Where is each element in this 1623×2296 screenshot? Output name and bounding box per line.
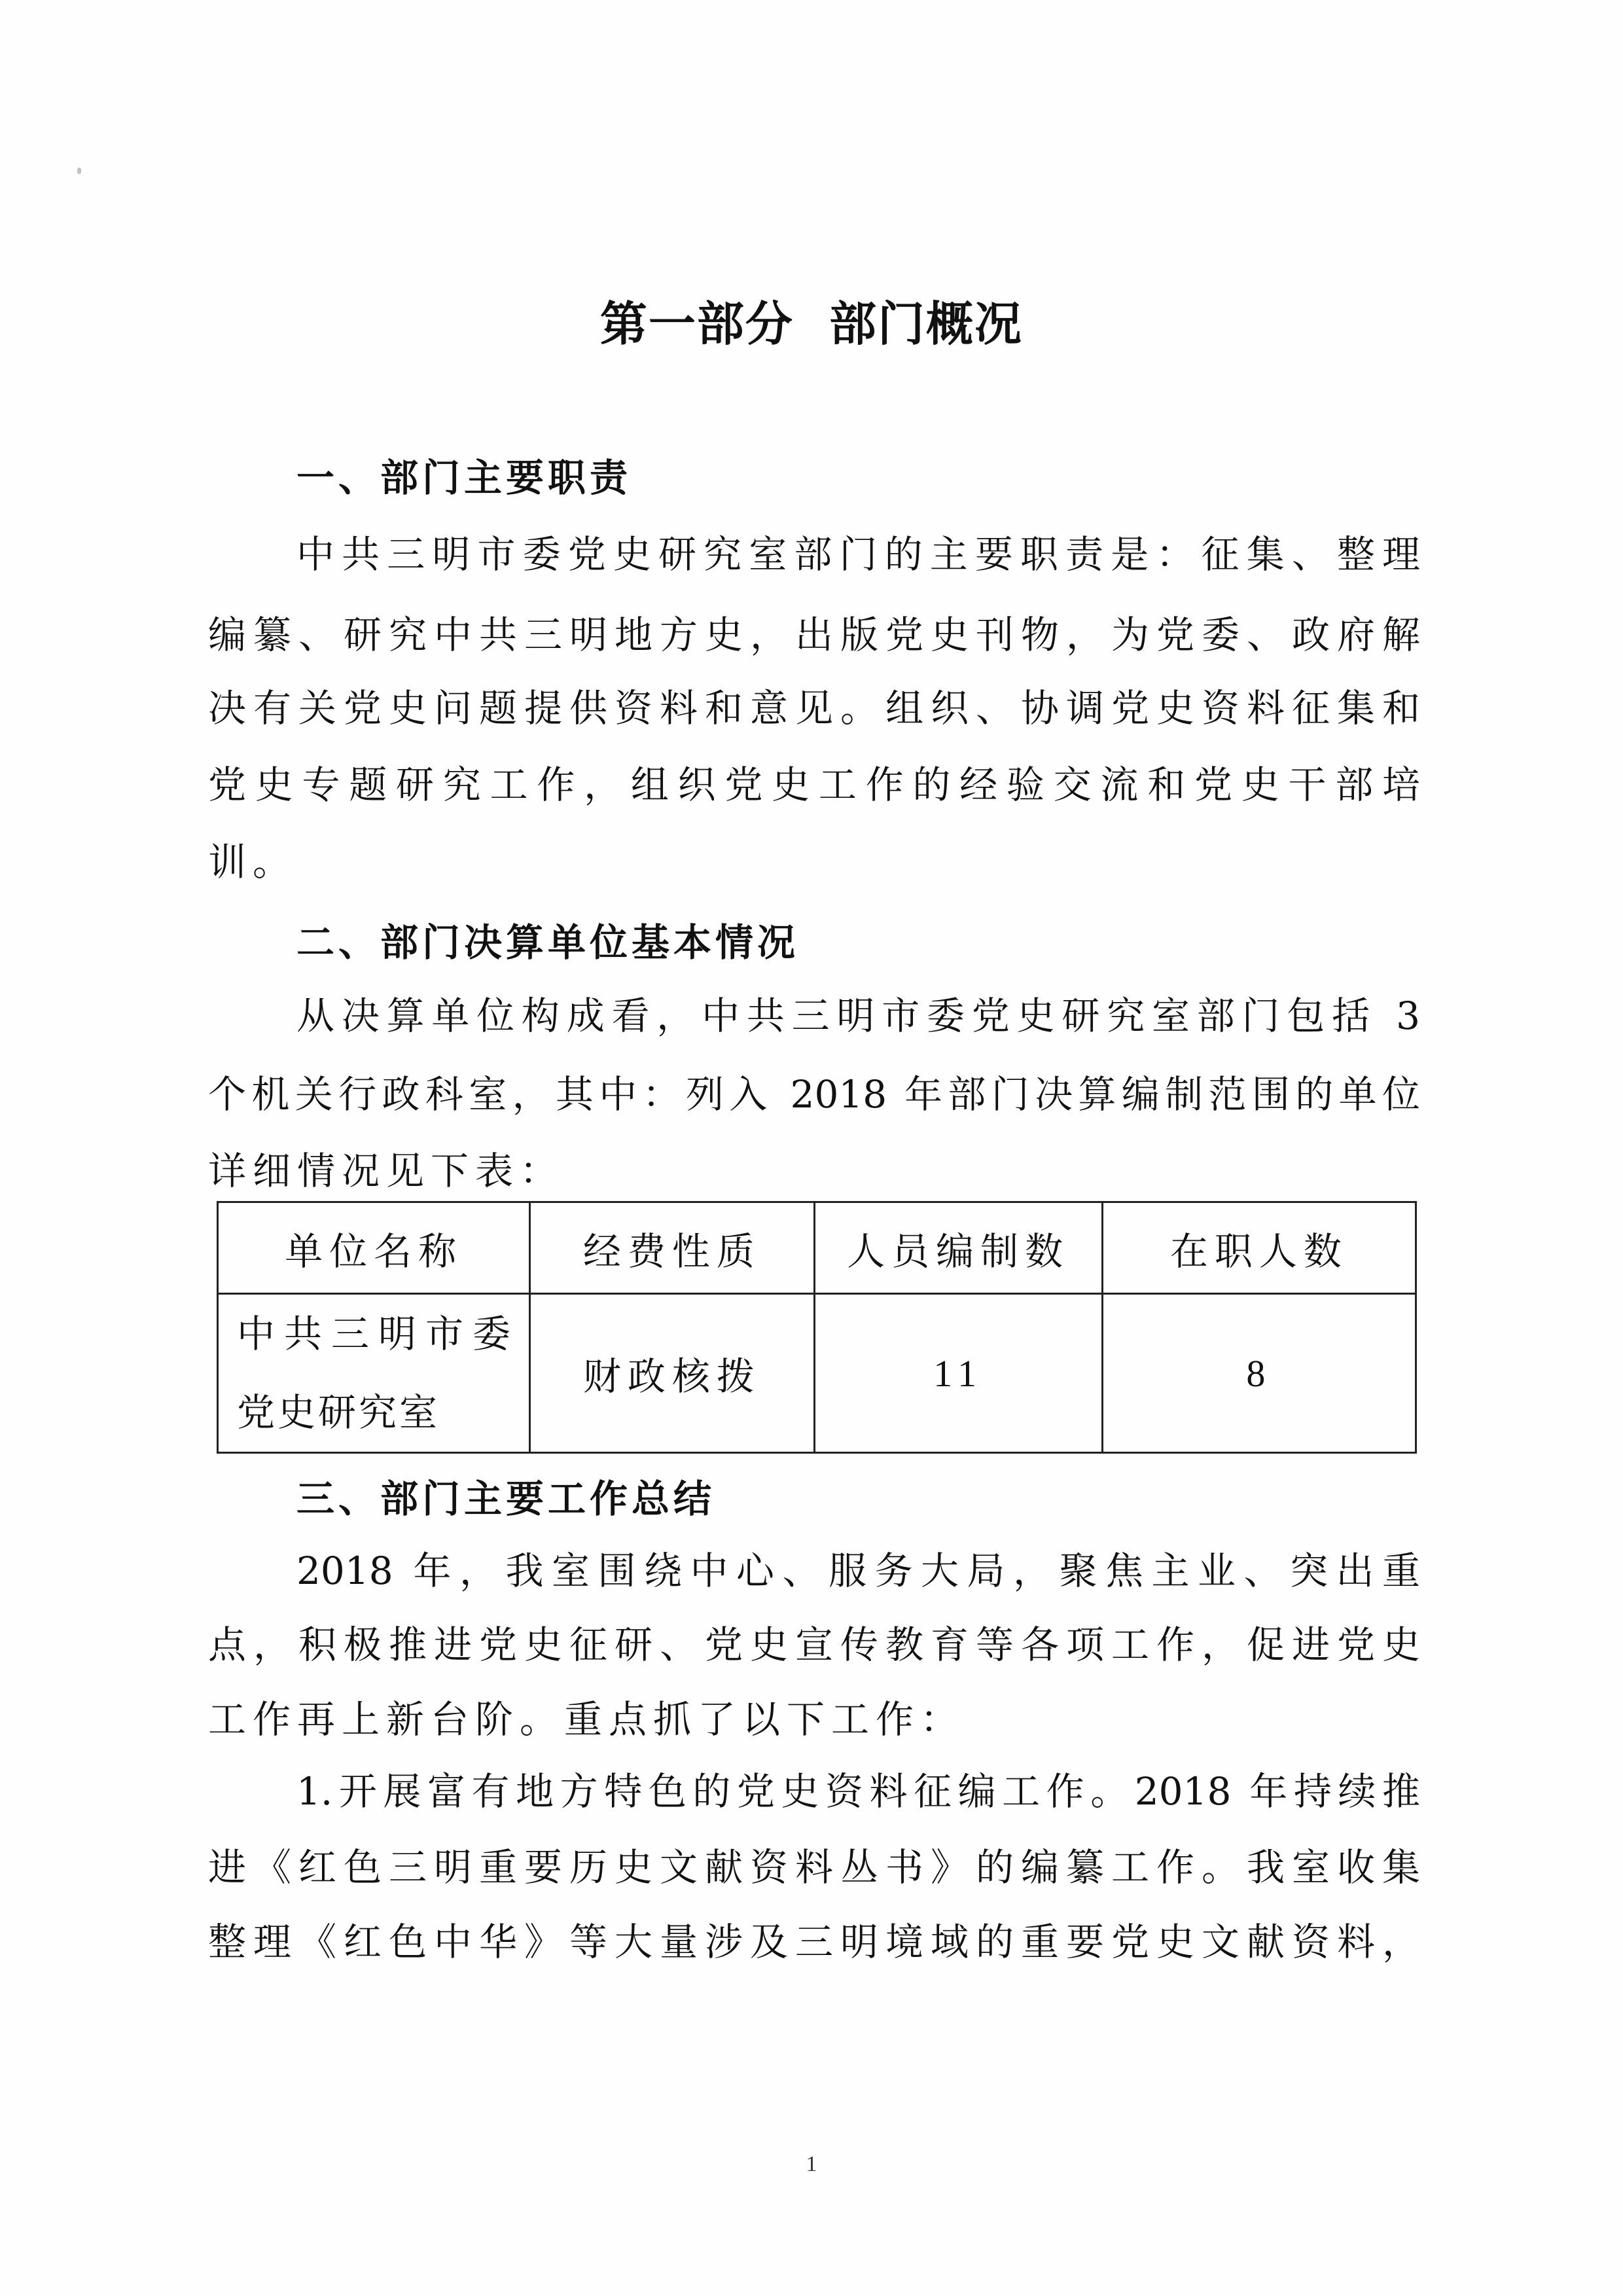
paragraph-line: 中共三明市委党史研究室部门的主要职责是：征集、整理 <box>296 531 1420 577</box>
list-item-line: 1.开展富有地方特色的党史资料征编工作。2018 年持续推 <box>296 1768 1420 1814</box>
paragraph-line: 编纂、研究中共三明地方史，出版党史刊物，为党委、政府解 <box>208 612 1420 658</box>
paragraph-line: 决有关党史问题提供资料和意见。组织、协调党史资料征集和 <box>208 685 1420 731</box>
section-heading-units: 二、部门决算单位基本情况 <box>296 920 799 965</box>
page-title: 第一部分 部门概况 <box>0 295 1623 353</box>
section-heading-work-summary: 三、部门主要工作总结 <box>296 1476 715 1522</box>
paragraph-line: 训。 <box>208 839 1420 885</box>
column-header-staff-on-duty: 在职人数 <box>1102 1202 1416 1294</box>
section-heading-duties: 一、部门主要职责 <box>296 455 632 501</box>
paragraph-line: 工作再上新台阶。重点抓了以下工作： <box>208 1696 1420 1742</box>
cell-unit-name: 中共三明市委 党史研究室 <box>218 1294 530 1453</box>
page-number: 1 <box>0 2152 1623 2177</box>
cell-staff-quota: 11 <box>814 1294 1102 1453</box>
cell-funding-type: 财政核拨 <box>530 1294 814 1453</box>
table-header-row: 单位名称 经费性质 人员编制数 在职人数 <box>218 1202 1416 1294</box>
scan-speck <box>77 168 81 174</box>
list-item-line: 整理《红色中华》等大量涉及三明境域的重要党史文献资料， <box>208 1919 1420 1965</box>
paragraph-line: 党史专题研究工作，组织党史工作的经验交流和党史干部培 <box>208 762 1420 808</box>
table-row: 中共三明市委 党史研究室 财政核拨 11 8 <box>218 1294 1416 1453</box>
unit-name-line-2: 党史研究室 <box>237 1373 529 1452</box>
paragraph-line: 详细情况见下表： <box>208 1148 1420 1194</box>
paragraph-line: 2018 年，我室围绕中心、服务大局，聚焦主业、突出重 <box>296 1548 1420 1594</box>
paragraph-line: 从决算单位构成看，中共三明市委党史研究室部门包括 3 <box>296 993 1420 1039</box>
list-item-line: 进《红色三明重要历史文献资料丛书》的编纂工作。我室收集 <box>208 1844 1420 1890</box>
column-header-staff-quota: 人员编制数 <box>814 1202 1102 1294</box>
paragraph-line: 个机关行政科室，其中：列入 2018 年部门决算编制范围的单位 <box>208 1071 1420 1117</box>
column-header-funding-type: 经费性质 <box>530 1202 814 1294</box>
column-header-unit-name: 单位名称 <box>218 1202 530 1294</box>
paragraph-line: 点，积极推进党史征研、党史宣传教育等各项工作，促进党史 <box>208 1622 1420 1668</box>
unit-info-table: 单位名称 经费性质 人员编制数 在职人数 中共三明市委 党史研究室 财政核拨 1… <box>217 1201 1417 1454</box>
cell-staff-on-duty: 8 <box>1102 1294 1416 1453</box>
unit-name-line-1: 中共三明市委 <box>237 1295 529 1373</box>
document-page: 第一部分 部门概况 一、部门主要职责 中共三明市委党史研究室部门的主要职责是：征… <box>0 0 1623 2296</box>
